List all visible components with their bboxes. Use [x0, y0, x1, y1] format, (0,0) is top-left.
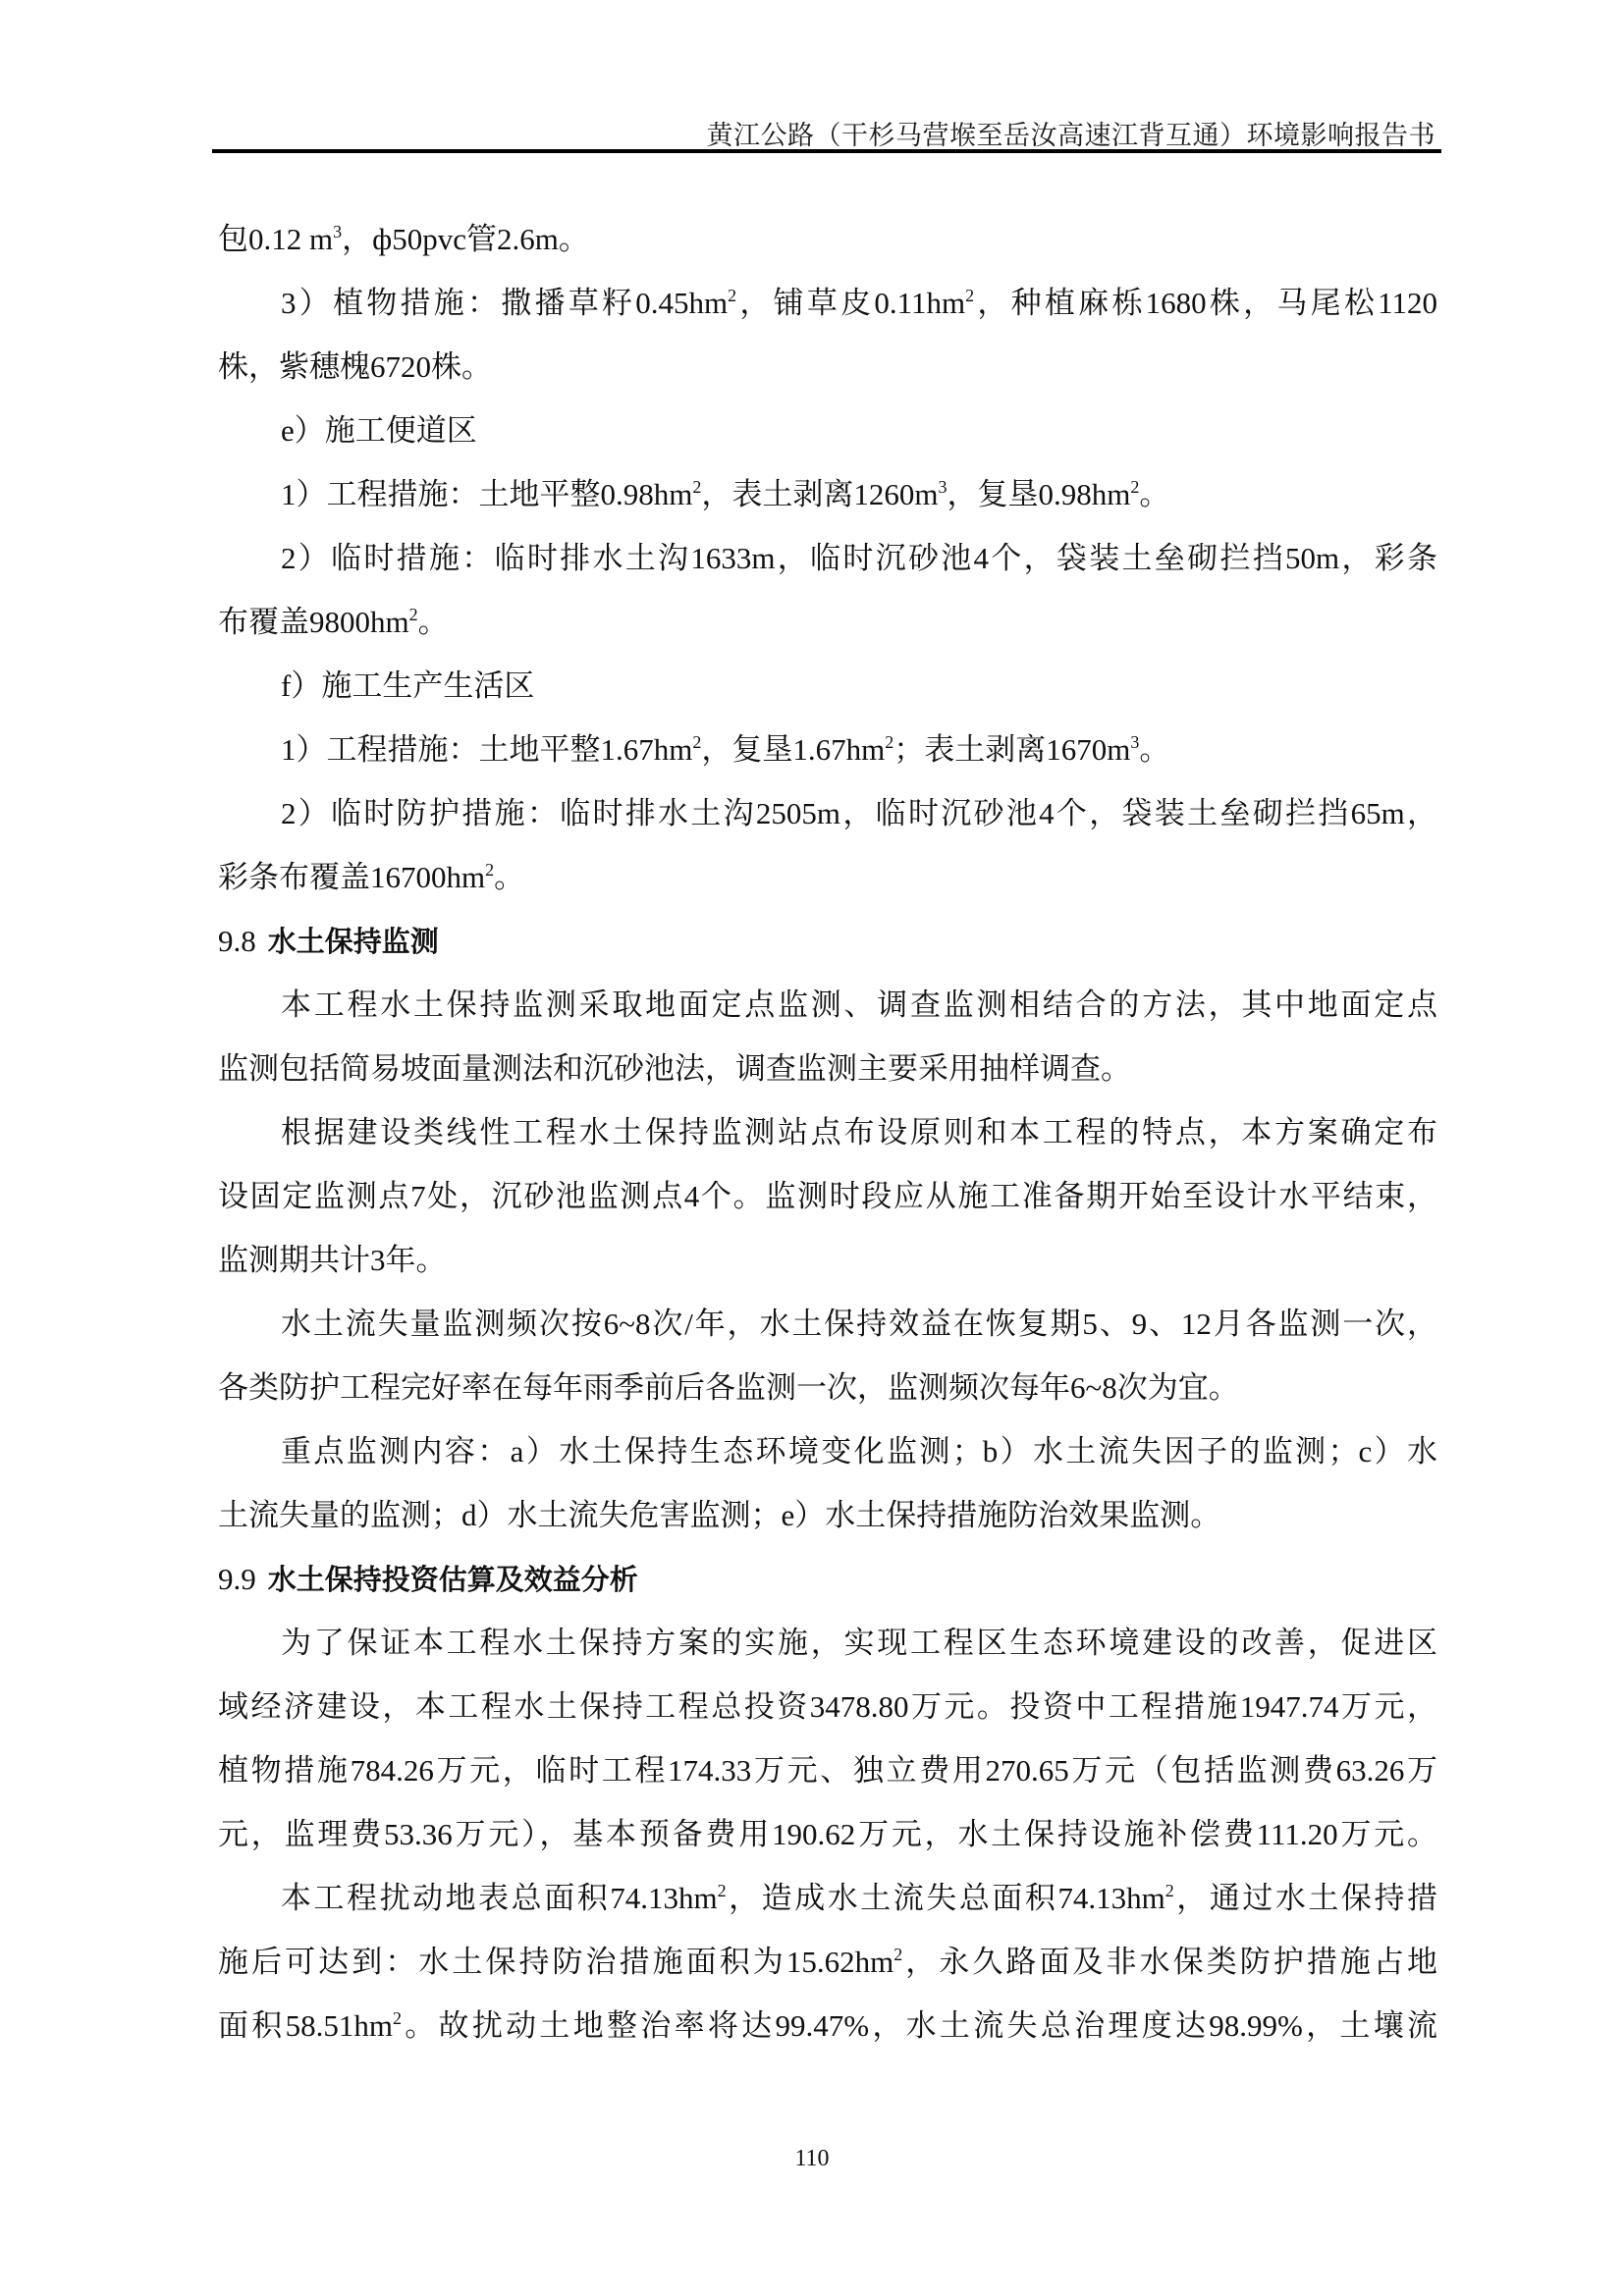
section-heading: 9.9水土保持投资估算及效益分析 [218, 1547, 1437, 1611]
text-run: ，表土剥离1260m [701, 477, 938, 511]
text-run: 3）植物措施：撒播草籽0.45hm [281, 286, 728, 320]
paragraph-line: 监测包括简易坡面量测法和沉砂池法，调查监测主要采用抽样调查。 [218, 1037, 1437, 1100]
paragraph-line: 为了保证本工程水土保持方案的实施，实现工程区生态环境建设的改善，促进区 [218, 1611, 1437, 1675]
paragraph-line: 根据建设类线性工程水土保持监测站点布设原则和本工程的特点，本方案确定布 [218, 1100, 1437, 1164]
text-run: 监测包括简易坡面量测法和沉砂池法，调查监测主要采用抽样调查。 [218, 1051, 1131, 1086]
paragraph-line: 植物措施784.26万元，临时工程174.33万元、独立费用270.65万元（包… [218, 1738, 1437, 1802]
text-run: 植物措施784.26万元，临时工程174.33万元、独立费用270.65万元（包… [218, 1753, 1437, 1788]
text-run: f）施工生产生活区 [281, 668, 534, 703]
paragraph-line: 元，监理费53.36万元），基本预备费用190.62万元，水土保持设施补偿费11… [218, 1802, 1437, 1866]
text-run: 彩条布覆盖16700hm [218, 860, 485, 894]
section-title: 水土保持监测 [268, 925, 439, 958]
paragraph-line: 施后可达到：水土保持防治措施面积为15.62hm2，永久路面及非水保类防护措施占… [218, 1930, 1437, 1994]
text-run: e）施工便道区 [281, 413, 477, 448]
section-number: 9.8 [218, 924, 256, 958]
text-run: 。 [494, 860, 524, 894]
text-run: 监测期共计3年。 [218, 1243, 447, 1277]
paragraph-line: 布覆盖9800hm2。 [218, 590, 1437, 654]
text-run: 1）工程措施：土地平整0.98hm [281, 477, 692, 511]
paragraph-line: 土流失量的监测；d）水土流失危害监测；e）水土保持措施防治效果监测。 [218, 1483, 1437, 1547]
paragraph-line: 2）临时防护措施：临时排水土沟2505m，临时沉砂池4个，袋装土垒砌拦挡65m， [218, 781, 1437, 845]
text-run: ，复垦0.98hm [947, 477, 1131, 511]
text-run: 重点监测内容：a）水土保持生态环境变化监测；b）水土流失因子的监测；c）水 [281, 1434, 1437, 1468]
text-run: 施后可达到：水土保持防治措施面积为15.62hm [218, 1945, 893, 1979]
paragraph-line: 水土流失量监测频次按6~8次/年，水土保持效益在恢复期5、9、12月各监测一次， [218, 1292, 1437, 1356]
superscript: 2 [393, 2008, 402, 2028]
paragraph-line: 监测期共计3年。 [218, 1228, 1437, 1292]
page-number: 110 [0, 2146, 1624, 2172]
paragraph-line: 3）植物措施：撒播草籽0.45hm2，铺草皮0.11hm2，种植麻栎1680株，… [218, 271, 1437, 335]
paragraph-line: 本工程水土保持监测采取地面定点监测、调查监测相结合的方法，其中地面定点 [218, 973, 1437, 1037]
paragraph-line: 各类防护工程完好率在每年雨季前后各监测一次，监测频次每年6~8次为宜。 [218, 1356, 1437, 1419]
paragraph-line: 株，紫穗槐6720株。 [218, 335, 1437, 399]
paragraph-line: 2）临时措施：临时排水土沟1633m，临时沉砂池4个，袋装土垒砌拦挡50m，彩条 [218, 526, 1437, 590]
text-run: ，通过水土保持措 [1174, 1881, 1437, 1915]
text-run: 土流失量的监测；d）水土流失危害监测；e）水土保持措施防治效果监测。 [218, 1498, 1220, 1532]
text-run: ；表土剥离1670m [893, 732, 1130, 767]
text-run: ，ф50pvc管2.6m。 [342, 222, 589, 256]
header-divider [212, 149, 1441, 153]
text-run: 设固定监测点7处，沉砂池监测点4个。监测时段应从施工准备期开始至设计水平结束， [218, 1179, 1437, 1213]
text-run: 元，监理费53.36万元），基本预备费用190.62万元，水土保持设施补偿费11… [218, 1817, 1437, 1851]
text-run: 本工程扰动地表总面积74.13hm [281, 1881, 718, 1915]
text-run: 2）临时措施：临时排水土沟1633m，临时沉砂池4个，袋装土垒砌拦挡50m，彩条 [281, 541, 1437, 575]
paragraph-line: 1）工程措施：土地平整0.98hm2，表土剥离1260m3，复垦0.98hm2。 [218, 462, 1437, 526]
paragraph-line: 本工程扰动地表总面积74.13hm2，造成水土流失总面积74.13hm2，通过水… [218, 1866, 1437, 1930]
text-run: 各类防护工程完好率在每年雨季前后各监测一次，监测频次每年6~8次为宜。 [218, 1370, 1239, 1405]
text-run: 本工程水土保持监测采取地面定点监测、调查监测相结合的方法，其中地面定点 [281, 988, 1437, 1022]
text-run: 。 [1139, 732, 1169, 767]
text-run: 根据建设类线性工程水土保持监测站点布设原则和本工程的特点，本方案确定布 [281, 1115, 1437, 1149]
text-run: 水土流失量监测频次按6~8次/年，水土保持效益在恢复期5、9、12月各监测一次， [281, 1307, 1437, 1341]
superscript: 2 [485, 860, 494, 880]
superscript: 2 [409, 605, 418, 624]
text-run: 包0.12 m [218, 222, 333, 256]
paragraph-line: 面积58.51hm2。故扰动土地整治率将达99.47%，水土流失总治理度达98.… [218, 1994, 1437, 2057]
superscript: 2 [965, 286, 974, 305]
text-run: 为了保证本工程水土保持方案的实施，实现工程区生态环境建设的改善，促进区 [281, 1626, 1437, 1660]
paragraph-line: 设固定监测点7处，沉砂池监测点4个。监测时段应从施工准备期开始至设计水平结束， [218, 1164, 1437, 1228]
text-run: 株，紫穗槐6720株。 [218, 349, 492, 384]
paragraph-line: 包0.12 m3，ф50pvc管2.6m。 [218, 207, 1437, 271]
paragraph-line: f）施工生产生活区 [218, 654, 1437, 718]
text-run: ，造成水土流失总面积74.13hm [727, 1881, 1165, 1915]
text-run: ，铺草皮0.11hm [736, 286, 965, 320]
paragraph-line: 重点监测内容：a）水土保持生态环境变化监测；b）水土流失因子的监测；c）水 [218, 1419, 1437, 1483]
paragraph-line: 域经济建设，本工程水土保持工程总投资3478.80万元。投资中工程措施1947.… [218, 1675, 1437, 1738]
text-run: ，永久路面及非水保类防护措施占地 [902, 1945, 1437, 1979]
text-run: ，种植麻栎1680株，马尾松1120 [974, 286, 1437, 320]
superscript: 2 [885, 732, 893, 752]
section-title: 水土保持投资估算及效益分析 [268, 1563, 638, 1596]
superscript: 2 [893, 1945, 902, 1964]
superscript: 3 [333, 222, 342, 241]
text-run: 面积58.51hm [218, 2008, 393, 2043]
text-run: 域经济建设，本工程水土保持工程总投资3478.80万元。投资中工程措施1947.… [218, 1689, 1437, 1724]
section-heading: 9.8水土保持监测 [218, 909, 1437, 973]
running-header-title: 黄江公路（干杉马营堠至岳汝高速江背互通）环境影响报告书 [707, 114, 1436, 152]
text-run: 。 [418, 605, 449, 639]
text-run: 1）工程措施：土地平整1.67hm [281, 732, 692, 767]
superscript: 2 [728, 286, 736, 305]
superscript: 3 [939, 477, 947, 497]
text-run: ，复垦1.67hm [701, 732, 885, 767]
document-page: 黄江公路（干杉马营堠至岳汝高速江背互通）环境影响报告书 包0.12 m3，ф50… [0, 0, 1624, 2296]
paragraph-line: 彩条布覆盖16700hm2。 [218, 845, 1437, 909]
superscript: 2 [718, 1881, 727, 1900]
superscript: 2 [1165, 1881, 1174, 1900]
section-number: 9.9 [218, 1562, 256, 1596]
paragraph-line: e）施工便道区 [218, 399, 1437, 462]
text-run: 。故扰动土地整治率将达99.47%，水土流失总治理度达98.99%，土壤流 [402, 2008, 1437, 2043]
paragraph-line: 1）工程措施：土地平整1.67hm2，复垦1.67hm2；表土剥离1670m3。 [218, 718, 1437, 781]
text-run: 。 [1139, 477, 1169, 511]
text-run: 布覆盖9800hm [218, 605, 409, 639]
text-run: 2）临时防护措施：临时排水土沟2505m，临时沉砂池4个，袋装土垒砌拦挡65m， [281, 796, 1437, 830]
